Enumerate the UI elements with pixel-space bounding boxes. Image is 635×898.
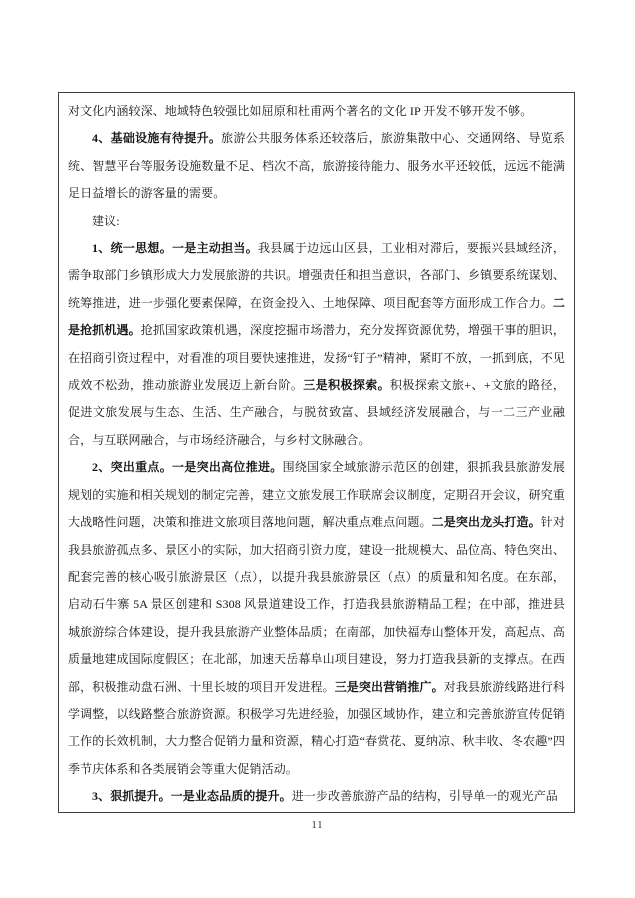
paragraph: 对文化内涵较深、地域特色较强比如屈原和杜甫两个著名的文化 IP 开发不够开发不够… — [68, 98, 565, 125]
paragraph-text: 针对我县旅游孤点多、景区小的实际，加大招商引资力度，建设一批规模大、品位高、特色… — [68, 515, 565, 693]
paragraph: 建议: — [68, 208, 565, 235]
paragraph: 4、基础设施有待提升。旅游公共服务体系还较落后，旅游集散中心、交通网络、导览系统… — [68, 125, 565, 207]
document-page: 对文化内涵较深、地域特色较强比如屈原和杜甫两个著名的文化 IP 开发不够开发不够… — [0, 0, 635, 898]
paragraph-text: 对文化内涵较深、地域特色较强比如屈原和杜甫两个著名的文化 IP 开发不够开发不够… — [68, 104, 532, 118]
paragraph-lead-bold: 三是积极探索。 — [303, 378, 390, 392]
paragraph-text: 建议: — [92, 214, 120, 228]
document-table-cell: 对文化内涵较深、地域特色较强比如屈原和杜甫两个著名的文化 IP 开发不够开发不够… — [58, 92, 575, 813]
paragraph: 2、突出重点。一是突出高位推进。围绕国家全域旅游示范区的创建，狠抓我县旅游发展规… — [68, 454, 565, 783]
paragraph-lead-bold: 4、基础设施有待提升。 — [92, 131, 221, 145]
paragraph: 1、统一思想。一是主动担当。我县属于边远山区县，工业相对滞后，要振兴县域经济，需… — [68, 235, 565, 454]
paragraph-lead-bold: 二是突出龙头打造。 — [432, 515, 541, 529]
page-number: 11 — [0, 820, 635, 831]
paragraph-lead-bold: 三是突出营销推广。 — [335, 680, 444, 694]
paragraph-lead-bold: 1、统一思想。一是主动担当。 — [92, 241, 258, 255]
paragraph-text: 进一步改善旅游产品的结构，引导单一的观光产品 — [292, 789, 558, 803]
paragraph: 3、狠抓提升。一是业态品质的提升。进一步改善旅游产品的结构，引导单一的观光产品 — [68, 783, 565, 810]
paragraph-lead-bold: 3、狠抓提升。一是业态品质的提升。 — [92, 789, 292, 803]
paragraph-lead-bold: 2、突出重点。一是突出高位推进。 — [92, 460, 283, 474]
